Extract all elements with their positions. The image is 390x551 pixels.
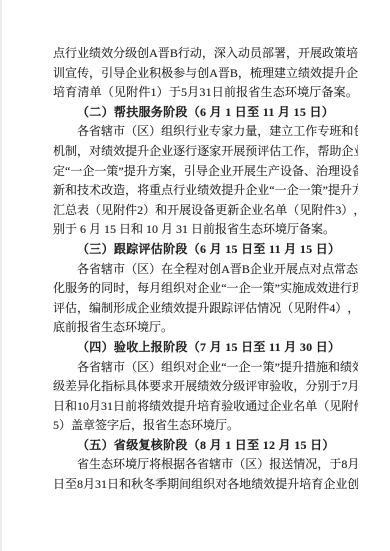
document-line: 日和10月31日前将绩效提升培育验收通过企业名单（见附件 [53,397,358,417]
document-line: 训宣传，引导企业积极参与创A晋B，梳理建立绩效提升企业 [53,64,358,84]
section-heading: （五）省级复核阶段（8 月 1 日至 12 月 15 日） [53,436,358,456]
document-line: 各省辖市（区）在全程对创A晋B企业开展点对点常态 [53,260,358,280]
document-line: 各省辖市（区）组织行业专家力量，建立工作专班和包联 [53,122,358,142]
document-line: 汇总表（见附件2）和开展设备更新企业名单（见附件3），分 [53,201,358,221]
document-line: 评估，编制形成企业绩效提升跟踪评估情况（见附件4），每月 [53,299,358,319]
section-heading: （四）验收上报阶段（7 月 15 日至 11 月 30 日） [53,338,358,358]
document-text: 点行业绩效分级创A晋B行动，深入动员部署，开展政策培训宣传，引导企业积极参与创A… [53,44,358,504]
document-line: 新和技术改造，将重点行业绩效提升企业“一企一策”提升方案 [53,181,358,201]
document-page: 点行业绩效分级创A晋B行动，深入动员部署，开展政策培训宣传，引导企业积极参与创A… [0,0,390,551]
section-heading: （二）帮扶服务阶段（6 月 1 日至 11 月 15 日） [53,103,358,123]
document-line: 机制，对绩效提升企业逐行逐家开展预评估工作，帮助企业制 [53,142,358,162]
document-line: 化服务的同时，每月组织对企业“一企一策”实施成效进行现场 [53,279,358,299]
document-line: 定“一企一策”提升方案，引导企业开展生产设备、治理设备更 [53,162,358,182]
document-line: 各省辖市（区）组织对企业“一企一策”提升措施和绩效分 [53,358,358,378]
document-line: 级差异化指标具体要求开展绩效分级评审验收，分别于7月31 [53,377,358,397]
document-line: 日至8月31日和秋冬季期间组织对各地绩效提升培育企业创 [53,475,358,495]
document-line: 底前报省生态环境厅。 [53,318,358,338]
page-edge-shadow [0,0,2,551]
document-line: 别于 6 月 15 日和 10 月 31 日前报省生态环境厅备案。 [53,220,358,240]
document-line: 5）盖章签字后，报省生态环境厅。 [53,416,358,436]
document-line: 点行业绩效分级创A晋B行动，深入动员部署，开展政策培 [53,44,358,64]
section-heading: （三）跟踪评估阶段（6 月 15 日至 11 月 15 日） [53,240,358,260]
document-line: 培育清单（见附件1）于5月31日前报省生态环境厅备案。 [53,83,358,103]
document-line: 省生态环境厅将根据各省辖市（区）报送情况，于8月1 [53,455,358,475]
